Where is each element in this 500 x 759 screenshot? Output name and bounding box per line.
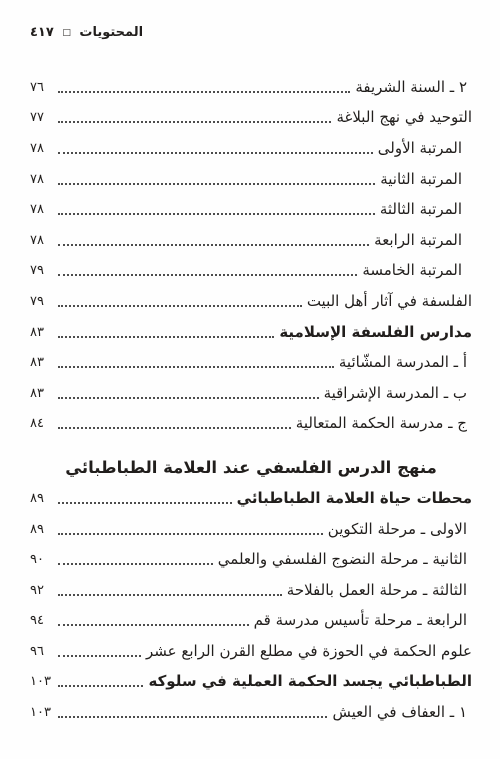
toc-entry: التوحيد في نهج البلاغة٧٧: [30, 103, 472, 134]
toc-entry-page-number: ٧٨: [30, 173, 54, 186]
toc-entry-page-number: ٧٩: [30, 295, 54, 308]
dotted-leader: [58, 493, 232, 504]
toc-entry-title: الثانية ـ مرحلة النضوج الفلسفي والعلمي: [218, 552, 467, 567]
toc-entry-page-number: ٩٤: [30, 614, 54, 627]
toc-entry-page-number: ١٠٣: [30, 675, 54, 688]
toc-entry-page-number: ٨٣: [30, 387, 54, 400]
toc-entry: المرتبة الخامسة٧٩: [30, 256, 472, 287]
toc-entry: المرتبة الرابعة٧٨: [30, 225, 472, 256]
toc-entry-title: ب ـ المدرسة الإشراقية: [324, 386, 467, 401]
dotted-leader: [58, 707, 327, 718]
toc-list: ٢ ـ السنة الشريفة٧٦التوحيد في نهج البلاغ…: [30, 72, 472, 728]
toc-entry-title: ج ـ مدرسة الحكمة المتعالية: [296, 416, 467, 431]
dotted-leader: [58, 388, 319, 399]
toc-entry: ١ ـ العفاف في العيش١٠٣: [30, 697, 472, 728]
running-header-title: المحتويات: [79, 25, 143, 40]
running-header: المحتويات □ ٤١٧: [30, 24, 472, 42]
toc-entry-page-number: ٨٤: [30, 417, 54, 430]
toc-entry-title: ١ ـ العفاف في العيش: [332, 705, 467, 720]
toc-entry-page-number: ٧٨: [30, 234, 54, 247]
toc-entry-page-number: ٩٠: [30, 553, 54, 566]
toc-entry-page-number: ٩٢: [30, 584, 54, 597]
dotted-leader: [58, 524, 323, 535]
toc-entry: علوم الحكمة في الحوزة في مطلع القرن الرا…: [30, 636, 472, 667]
toc-entry: مدارس الفلسفة الإسلامية٨٣: [30, 317, 472, 348]
dotted-leader: [58, 82, 350, 93]
toc-entry: الثانية ـ مرحلة النضوج الفلسفي والعلمي٩٠: [30, 544, 472, 575]
toc-entry-title: المرتبة الرابعة: [374, 233, 462, 248]
toc-entry-page-number: ٨٩: [30, 523, 54, 536]
toc-entry-title: مدارس الفلسفة الإسلامية: [279, 325, 472, 340]
toc-entry: الاولى ـ مرحلة التكوين٨٩: [30, 514, 472, 545]
toc-entry: الثالثة ـ مرحلة العمل بالفلاحة٩٢: [30, 575, 472, 606]
dotted-leader: [58, 646, 141, 657]
toc-entry: الرابعة ـ مرحلة تأسيس مدرسة قم٩٤: [30, 606, 472, 637]
toc-entry-title: الاولى ـ مرحلة التكوين: [328, 522, 467, 537]
dotted-leader: [58, 296, 302, 307]
toc-entry-title: الطباطبائي يجسد الحكمة العملية في سلوكه: [148, 674, 472, 689]
dotted-leader: [58, 112, 331, 123]
toc-entry: ب ـ المدرسة الإشراقية٨٣: [30, 378, 472, 409]
dotted-leader: [58, 418, 291, 429]
dotted-leader: [58, 676, 143, 687]
toc-entry-title: الثالثة ـ مرحلة العمل بالفلاحة: [287, 583, 467, 598]
toc-entry-title: ٢ ـ السنة الشريفة: [355, 80, 467, 95]
dotted-leader: [58, 585, 282, 596]
toc-entry: المرتبة الثالثة٧٨: [30, 194, 472, 225]
toc-entry-page-number: ٧٨: [30, 203, 54, 216]
dotted-leader: [58, 357, 334, 368]
dotted-leader: [58, 615, 249, 626]
toc-entry-page-number: ١٠٣: [30, 706, 54, 719]
toc-entry-title: المرتبة الخامسة: [362, 263, 462, 278]
toc-entry: الفلسفة في آثار أهل البيت٧٩: [30, 286, 472, 317]
toc-entry-title: المرتبة الأولى: [378, 141, 462, 156]
toc-entry-title: الفلسفة في آثار أهل البيت: [307, 294, 472, 309]
toc-entry: محطات حياة العلامة الطباطبائي٨٩: [30, 483, 472, 514]
toc-entry: أ ـ المدرسة المشّائية٨٣: [30, 347, 472, 378]
toc-entry: ج ـ مدرسة الحكمة المتعالية٨٤: [30, 409, 472, 440]
running-header-page-number: ٤١٧: [30, 25, 54, 40]
toc-entry: المرتبة الأولى٧٨: [30, 133, 472, 164]
toc-entry-page-number: ٧٧: [30, 111, 54, 124]
dotted-leader: [58, 327, 274, 338]
toc-entry-title: المرتبة الثالثة: [380, 202, 462, 217]
toc-entry: الطباطبائي يجسد الحكمة العملية في سلوكه١…: [30, 667, 472, 698]
toc-entry: ٢ ـ السنة الشريفة٧٦: [30, 72, 472, 103]
dotted-leader: [58, 204, 375, 215]
toc-entry-page-number: ٧٦: [30, 81, 54, 94]
toc-entry-title: أ ـ المدرسة المشّائية: [339, 355, 467, 370]
toc-entry-page-number: ٧٩: [30, 264, 54, 277]
dotted-leader: [58, 265, 357, 276]
toc-entry-page-number: ٧٨: [30, 142, 54, 155]
toc-entry-title: علوم الحكمة في الحوزة في مطلع القرن الرا…: [146, 644, 472, 659]
dotted-leader: [58, 143, 373, 154]
toc-entry-page-number: ٨٣: [30, 356, 54, 369]
toc-entry-title: الرابعة ـ مرحلة تأسيس مدرسة قم: [254, 613, 467, 628]
toc-entry-title: التوحيد في نهج البلاغة: [336, 110, 472, 125]
section-heading: منهج الدرس الفلسفي عند العلامة الطباطبائ…: [30, 452, 472, 483]
toc-entry-title: المرتبة الثانية: [380, 172, 462, 187]
toc-entry-page-number: ٨٩: [30, 492, 54, 505]
toc-entry-title: محطات حياة العلامة الطباطبائي: [237, 491, 472, 506]
dotted-leader: [58, 554, 213, 565]
dotted-leader: [58, 235, 369, 246]
toc-entry-page-number: ٨٣: [30, 326, 54, 339]
square-separator-icon: □: [62, 24, 71, 42]
toc-page: المحتويات □ ٤١٧ ٢ ـ السنة الشريفة٧٦التوح…: [0, 0, 500, 759]
toc-entry-page-number: ٩٦: [30, 645, 54, 658]
toc-entry: المرتبة الثانية٧٨: [30, 164, 472, 195]
dotted-leader: [58, 174, 375, 185]
